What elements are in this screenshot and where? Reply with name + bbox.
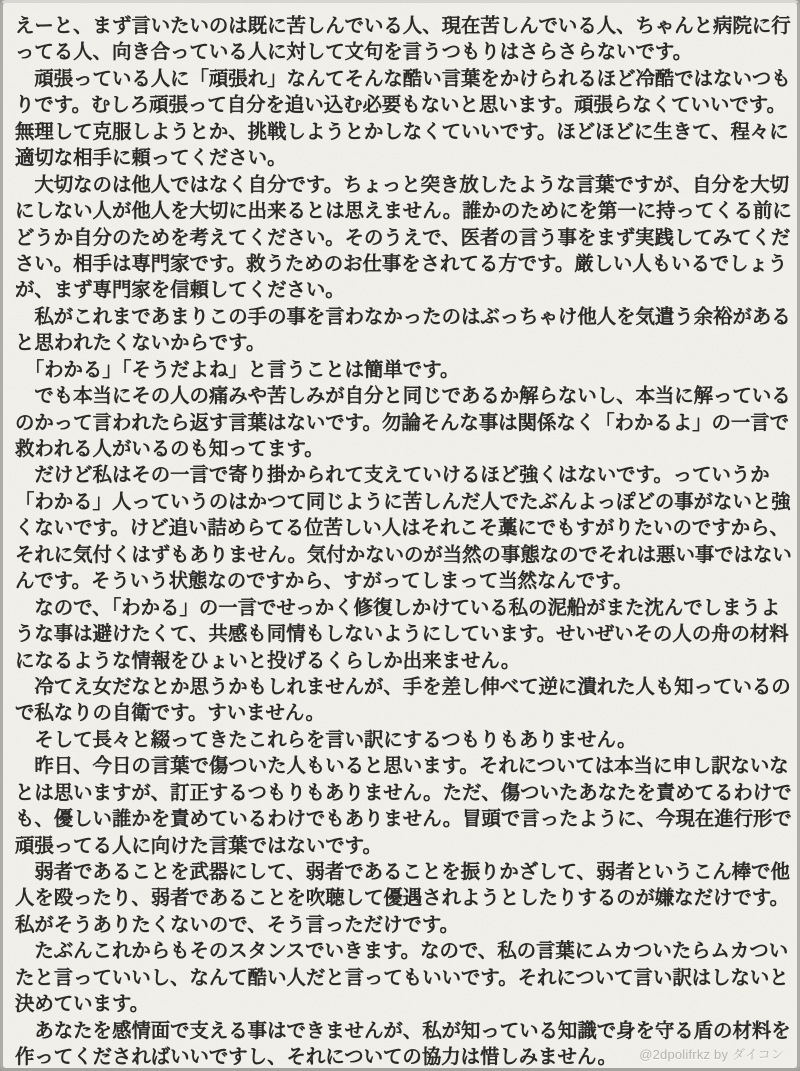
memo-text: えーと、まず言いたいのは既に苦しんでいる人、現在苦しんでいる人、ちゃんと病院に行… (15, 13, 793, 1071)
text-line: 「わかる」「そうだよね」と言うことは簡単です。 (15, 357, 793, 383)
text-line: さい。相手は専門家です。救うためのお仕事をされてる方です。厳しい人もいるでしょう (15, 251, 793, 277)
text-line: それに気付くはずもありません。気付かないのが当然の事態なのでそれは悪い事ではない (15, 542, 793, 568)
text-line: だけど私はその一言で寄り掛かられて支えていけるほど強くはないです。っていうか (15, 462, 793, 488)
text-line: も、優しい誰かを責めているわけでもありません。冒頭で言ったように、今現在進行形で (15, 806, 793, 832)
text-line: んです。そういう状態なのですから、すがってしまって当然なんです。 (15, 568, 793, 594)
text-line: 昨日、今日の言葉で傷ついた人もいると思います。それについては本当に申し訳ないな (15, 753, 793, 779)
text-line: にしない人が他人を大切に出来るとは思えません。誰かのためにを第一に持ってくる前に (15, 198, 793, 224)
text-line: 無理して克服しようとか、挑戦しようとかしなくていいです。ほどほどに生きて、程々に (15, 119, 793, 145)
text-line: 「わかる」人っていうのはかつて同じように苦しんだ人でたぶんよっぽどの事がないと強 (15, 489, 793, 515)
text-line: たと言っていいし、なんて酷い人だと言ってもいいです。それについて言い訳はしないと (15, 965, 793, 991)
text-line: 大切なのは他人ではなく自分です。ちょっと突き放したような言葉ですが、自分を大切 (15, 172, 793, 198)
text-line: 頑張ってる人に向けた言葉ではないです。 (15, 833, 793, 859)
text-line: 決めています。 (15, 991, 793, 1017)
text-line: ってる人、向き合っている人に対して文句を言うつもりはさらさらないです。 (15, 39, 793, 65)
text-line: どうか自分のためを考えてください。そのうえで、医者の言う事をまず実践してみてくだ (15, 225, 793, 251)
text-line: たぶんこれからもそのスタンスでいきます。なので、私の言葉にムカついたらムカつい (15, 938, 793, 964)
text-line: えーと、まず言いたいのは既に苦しんでいる人、現在苦しんでいる人、ちゃんと病院に行 (15, 13, 793, 39)
text-line: 救われる人がいるのも知ってます。 (15, 436, 793, 462)
text-line: で私なりの自衛です。すいません。 (15, 700, 793, 726)
text-line: と思われたくないからです。 (15, 330, 793, 356)
text-line: とは思いますが、訂正するつもりもありません。ただ、傷ついたあなたを責めてるわけで (15, 780, 793, 806)
text-line: 私がこれまであまりこの手の事を言わなかったのはぶっちゃけ他人を気遣う余裕がある (15, 304, 793, 330)
text-line: 冷てえ女だなとか思うかもしれませんが、手を差し伸べて逆に潰れた人も知っているの (15, 674, 793, 700)
text-line: そして長々と綴ってきたこれらを言い訳にするつもりもありません。 (15, 727, 793, 753)
text-line: くないです。けど追い詰めらてる位苦しい人はそれこそ藁にでもすがりたいのですから、 (15, 515, 793, 541)
text-line: のかって言われたら返す言葉はないです。勿論そんな事は関係なく「わかるよ」の一言で (15, 410, 793, 436)
text-line: 頑張っている人に「頑張れ」なんてそんな酷い言葉をかけられるほど冷酷ではないつも (15, 66, 793, 92)
text-line: 弱者であることを武器にして、弱者であることを振りかざして、弱者というこん棒で他 (15, 859, 793, 885)
text-line: になるような情報をひょいと投げるくらしか出来ません。 (15, 648, 793, 674)
text-line: 人を殴ったり、弱者であることを吹聴して優遇されようとしたりするのが嫌なだけです。 (15, 885, 793, 911)
text-line: なので、「わかる」の一言でせっかく修復しかけている私の泥船がまた沈んでしまうよ (15, 595, 793, 621)
text-line: りです。むしろ頑張って自分を追い込む必要もないと思います。頑張らなくていいです。 (15, 92, 793, 118)
memo-page: えーと、まず言いたいのは既に苦しんでいる人、現在苦しんでいる人、ちゃんと病院に行… (0, 0, 800, 1071)
text-line: あなたを感情面で支える事はできませんが、私が知っている知識で身を守る盾の材料を (15, 1018, 793, 1044)
text-line: でも本当にその人の痛みや苦しみが自分と同じであるか解らないし、本当に解っている (15, 383, 793, 409)
text-line: が、まず専門家を信頼してください。 (15, 277, 793, 303)
text-line: 私がそうありたくないので、そう言っただけです。 (15, 912, 793, 938)
text-line: 適切な相手に頼ってください。 (15, 145, 793, 171)
watermark: @2dpolifrkz by ダイコン (639, 1044, 784, 1063)
text-line: うな事は避けたくて、共感も同情もしないようにしています。せいぜいその人の舟の材料 (15, 621, 793, 647)
